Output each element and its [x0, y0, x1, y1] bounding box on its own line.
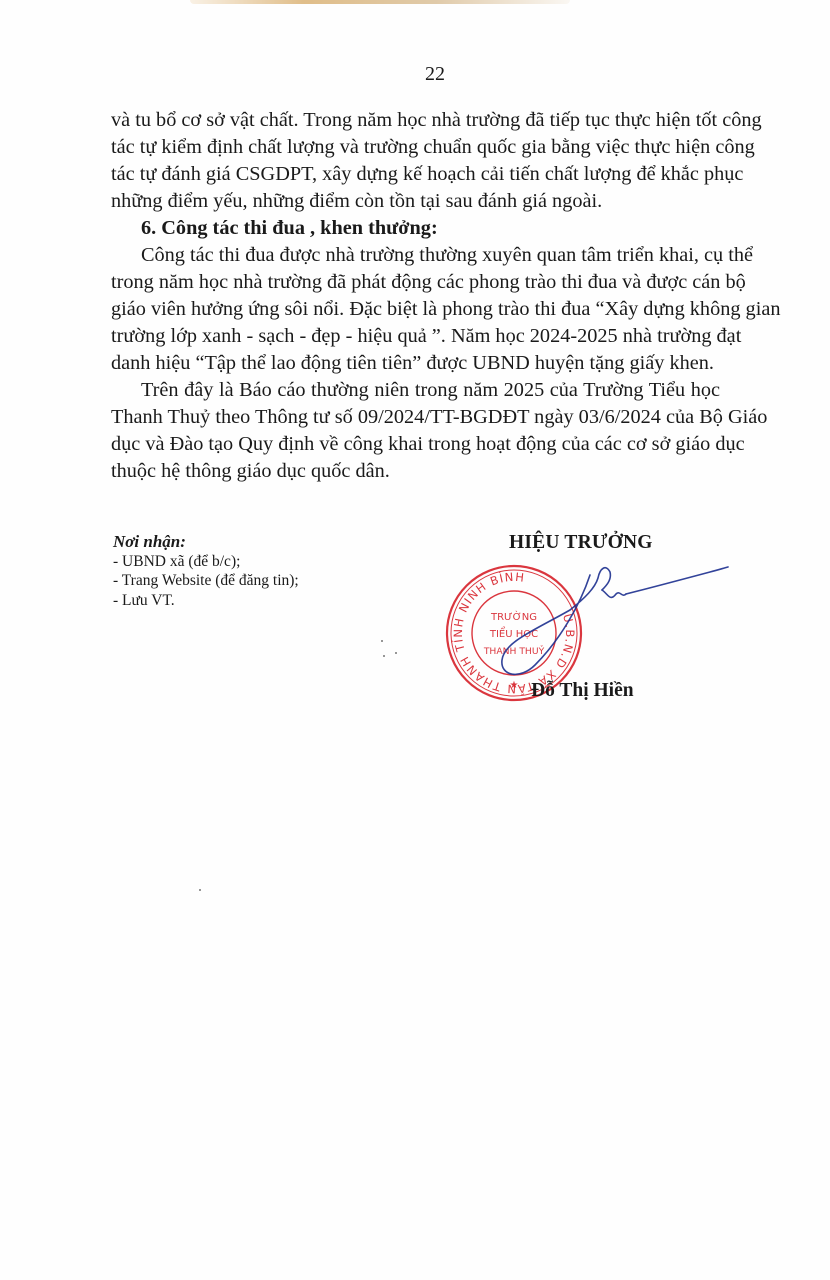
paragraph-line: thuộc hệ thông giáo dục quốc dân.	[111, 458, 720, 484]
recipient-item: - Lưu VT.	[113, 591, 299, 611]
paragraph-line: tác tự kiểm định chất lượng và trường ch…	[111, 134, 720, 160]
paragraph-line: trường lớp xanh - sạch - đẹp - hiệu quả …	[111, 323, 720, 349]
paragraph-line: và tu bổ cơ sở vật chất. Trong năm học n…	[111, 107, 720, 133]
scan-artifact-dot	[199, 889, 201, 891]
recipient-item: - UBND xã (để b/c);	[113, 552, 299, 572]
paragraph-line: danh hiệu “Tập thể lao động tiên tiên” đ…	[111, 350, 720, 376]
recipients-title: Nơi nhận:	[113, 532, 299, 552]
paragraph-line: Thanh Thuỷ theo Thông tư số 09/2024/TT-B…	[111, 404, 720, 430]
paragraph-line: giáo viên hưởng ứng sôi nổi. Đặc biệt là…	[111, 296, 720, 322]
paragraph-line: Trên đây là Báo cáo thường niên trong nă…	[141, 377, 720, 403]
paragraph-line: trong năm học nhà trường đã phát động cá…	[111, 269, 720, 295]
page-number: 22	[0, 63, 830, 86]
scan-artifact-dot	[381, 640, 383, 642]
signer-name: Đỗ Thị Hiền	[531, 680, 634, 702]
paragraph-line: Công tác thi đua được nhà trường thường …	[141, 242, 720, 268]
recipient-item: - Trang Website (để đăng tin);	[113, 571, 299, 591]
paragraph-line: tác tự đánh giá CSGDPT, xây dựng kế hoạc…	[111, 161, 720, 187]
scan-artifact-top-edge	[190, 0, 570, 4]
recipients-block: Nơi nhận: - UBND xã (để b/c); - Trang We…	[113, 532, 299, 610]
scan-artifact-dot	[383, 655, 385, 657]
section-heading: 6. Công tác thi đua , khen thưởng:	[141, 215, 720, 241]
handwritten-signature-icon	[440, 550, 730, 700]
paragraph-line: dục và Đào tạo Quy định về công khai tro…	[111, 431, 720, 457]
scan-artifact-dot	[395, 652, 397, 654]
paragraph-line: những điểm yếu, những điểm còn tồn tại s…	[111, 188, 720, 214]
